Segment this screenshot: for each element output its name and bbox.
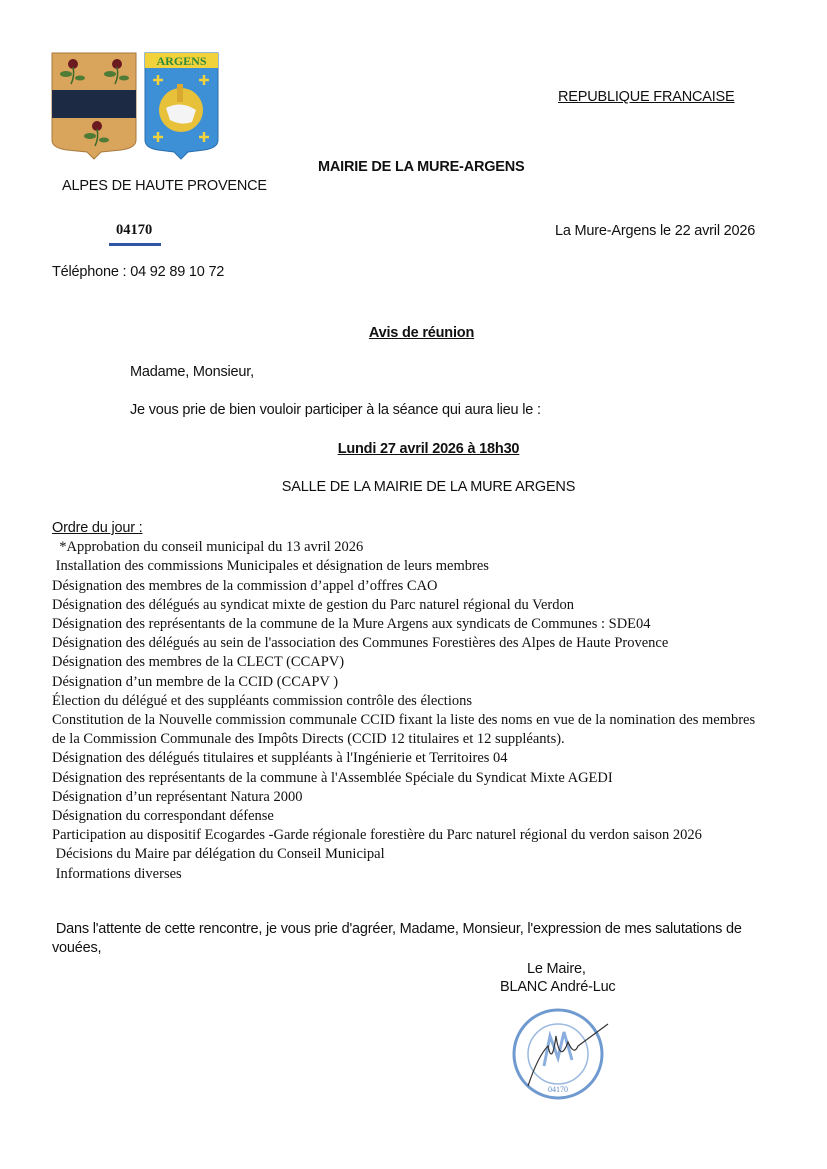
agenda-item: Désignation des représentants de la comm…: [52, 615, 782, 634]
signatory-title: Le Maire,: [527, 960, 586, 979]
telephone: Téléphone : 04 92 89 10 72: [52, 263, 224, 282]
place-date: La Mure-Argens le 22 avril 2026: [555, 222, 755, 241]
agenda-item: Désignation des délégués au sein de l'as…: [52, 634, 782, 653]
agenda-item: Décisions du Maire par délégation du Con…: [52, 845, 782, 864]
agenda-item: Désignation des représentants de la comm…: [52, 769, 782, 788]
agenda-item: Désignation des membres de la CLECT (CCA…: [52, 653, 782, 672]
mairie-heading: MAIRIE DE LA MURE-ARGENS: [318, 158, 525, 177]
agenda-item: Informations diverses: [52, 865, 782, 884]
coat-of-arms-la-mure-logo: [51, 52, 137, 160]
agenda-heading: Ordre du jour :: [52, 519, 782, 538]
salutation: Madame, Monsieur,: [130, 363, 254, 382]
agenda: Ordre du jour : *Approbation du conseil …: [52, 519, 782, 884]
closing-text: Dans l'attente de cette rencontre, je vo…: [52, 920, 774, 958]
postal-code: 04170: [116, 221, 152, 240]
meeting-location: SALLE DE LA MAIRIE DE LA MURE ARGENS: [0, 478, 827, 497]
agenda-item: Désignation des délégués au syndicat mix…: [52, 596, 782, 615]
agenda-item: Constitution de la Nouvelle commission c…: [52, 711, 770, 749]
agenda-item: Désignation d’un représentant Natura 200…: [52, 788, 782, 807]
svg-text:04170: 04170: [548, 1085, 568, 1094]
intro-text: Je vous prie de bien vouloir participer …: [130, 401, 541, 420]
svg-text:ARGENS: ARGENS: [156, 54, 206, 68]
agenda-item: Participation au dispositif Ecogardes -G…: [52, 826, 752, 845]
agenda-item: Désignation des membres de la commission…: [52, 577, 782, 596]
postal-code-underline: [109, 243, 161, 246]
agenda-item: Désignation des délégués titulaires et s…: [52, 749, 782, 768]
agenda-item: Installation des commissions Municipales…: [52, 557, 782, 576]
signatory-name: BLANC André-Luc: [500, 978, 615, 997]
agenda-item: *Approbation du conseil municipal du 13 …: [52, 538, 782, 557]
region-label: ALPES DE HAUTE PROVENCE: [62, 177, 267, 196]
mairie-stamp-signature: 04170: [508, 1006, 612, 1102]
notice-title: Avis de réunion: [0, 324, 827, 343]
republic-heading: REPUBLIQUE FRANCAISE: [558, 88, 735, 107]
argens-coat-of-arms-logo: ARGENS: [144, 52, 219, 160]
agenda-item: Élection du délégué et des suppléants co…: [52, 692, 782, 711]
agenda-item: Désignation du correspondant défense: [52, 807, 782, 826]
meeting-datetime: Lundi 27 avril 2026 à 18h30: [0, 440, 827, 459]
agenda-item: Désignation d’un membre de la CCID (CCAP…: [52, 673, 782, 692]
